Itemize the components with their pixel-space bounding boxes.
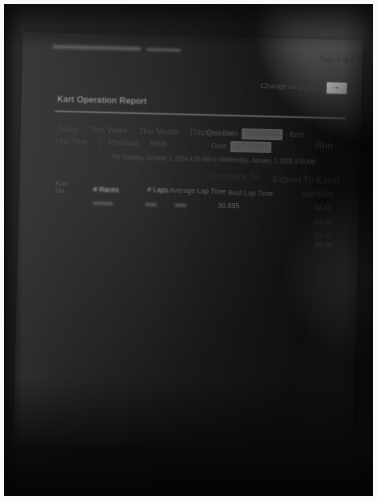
illegible-print-header-smudge bbox=[53, 45, 141, 51]
filter-this-month[interactable]: This Month bbox=[139, 127, 179, 137]
column-header-kart-no: Kart No. bbox=[55, 181, 68, 195]
illegible-cell-smudge bbox=[93, 202, 113, 205]
filter-next[interactable]: Next bbox=[150, 139, 167, 148]
report-range-line: For Tuesday, October 1, 2024 4:00 AM to … bbox=[112, 154, 315, 166]
export-to-excel-button[interactable]: Export To Excel bbox=[272, 174, 340, 186]
language-select[interactable]: ⌄ bbox=[326, 81, 348, 95]
filter-today[interactable]: Today bbox=[58, 125, 80, 135]
photo-frame: Page 1 of 2 Change language:⌄ Kart Opera… bbox=[0, 0, 377, 500]
end-dash-label: - End bbox=[285, 130, 303, 139]
end-date-row: Date12/31/2024 bbox=[211, 141, 274, 154]
change-language-row: Change language:⌄ bbox=[260, 80, 348, 95]
printed-report-page: Page 1 of 2 Change language:⌄ Kart Opera… bbox=[13, 32, 363, 452]
filter-this-week[interactable]: This Week bbox=[90, 126, 128, 136]
compare-to-button[interactable]: Compare To bbox=[208, 170, 260, 181]
start-date-row: Start Date10/01/2024- End bbox=[205, 127, 304, 140]
column-header-races: # Races bbox=[93, 187, 119, 195]
kart-header-line2: No. bbox=[55, 188, 66, 195]
column-header-average-lap-time: Average Lap Time bbox=[169, 188, 226, 196]
column-header-best-lap-time: Best Lap Time bbox=[228, 190, 273, 198]
page-indicator: Page 1 of 2 bbox=[319, 54, 354, 64]
end-date-input[interactable]: 12/31/2024 bbox=[230, 141, 271, 153]
filter-previous[interactable]: Previous bbox=[108, 138, 139, 148]
photo-background: Page 1 of 2 Change language:⌄ Kart Opera… bbox=[4, 4, 373, 496]
illegible-cell-smudge bbox=[175, 204, 187, 207]
change-language-label: Change language: bbox=[260, 81, 322, 91]
chevron-down-icon: ⌄ bbox=[334, 84, 340, 91]
cell-best-lap-time: 30.995 bbox=[218, 203, 240, 211]
illegible-cell-smudge bbox=[145, 203, 157, 206]
column-header-last-race: Last Race bbox=[302, 191, 334, 199]
title-divider bbox=[55, 111, 345, 119]
paper-blemish bbox=[36, 222, 43, 227]
column-header-laps: # Laps bbox=[147, 187, 168, 195]
cell-last-value: 20.98 bbox=[315, 242, 333, 249]
filter-links-row-2: This Year|PreviousNext bbox=[54, 137, 177, 149]
start-date-label: Start Date bbox=[205, 128, 239, 138]
cell-last-value: 24.43 bbox=[314, 205, 332, 212]
cell-last-value: 24.49 bbox=[314, 232, 332, 239]
page-title: Kart Operation Report bbox=[57, 94, 147, 106]
end-date-label: Date bbox=[211, 141, 227, 150]
run-button[interactable]: Run bbox=[315, 140, 333, 150]
start-date-input[interactable]: 10/01/2024 bbox=[241, 128, 282, 140]
illegible-print-header-smudge bbox=[147, 48, 181, 52]
filter-separator: | bbox=[99, 138, 101, 147]
filter-this-year[interactable]: This Year bbox=[54, 137, 88, 147]
cell-last-value: 23.21 bbox=[314, 219, 332, 226]
